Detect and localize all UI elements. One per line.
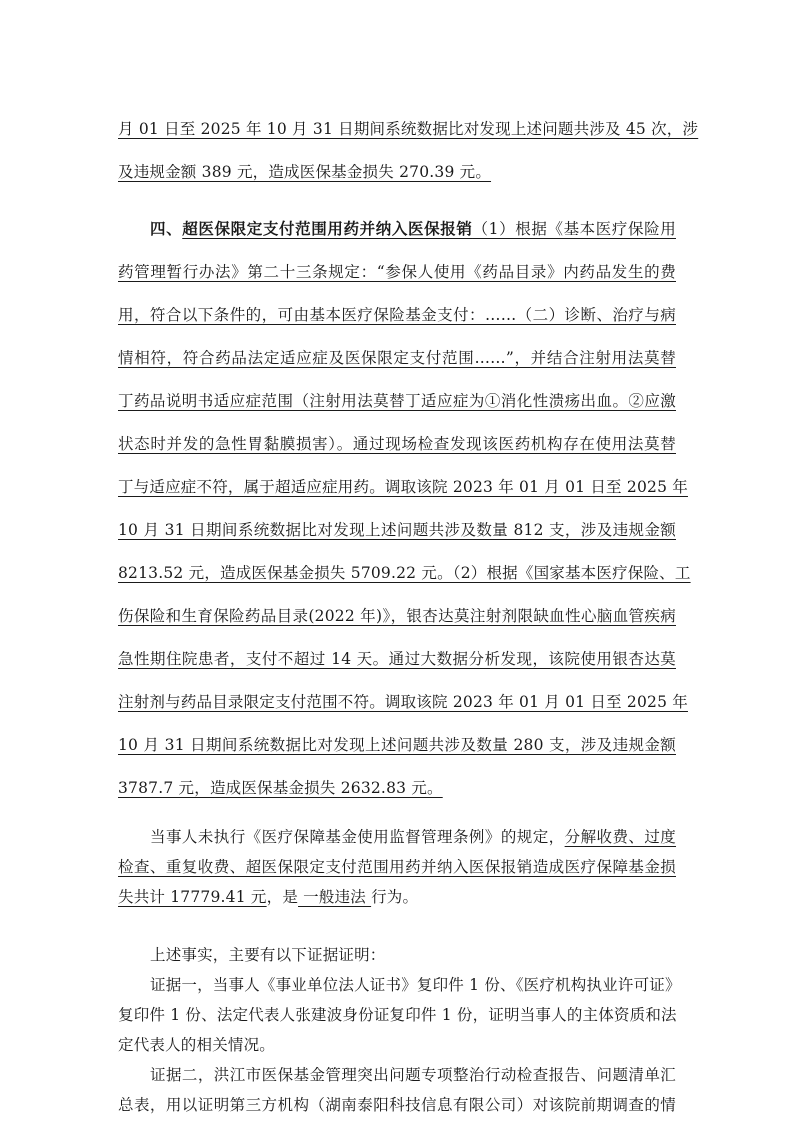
section4-line: 丁与适应症不符，属于超适应症用药。调取该院 2023 年 01 月 01 日至 …: [118, 476, 676, 498]
conclusion-text: 当事人未执行《医疗保障基金使用监督管理条例》的规定，: [150, 828, 565, 846]
section4-heading-number: 四、: [150, 219, 182, 238]
evidence-1-line-1: 证据一，当事人《事业单位法人证书》复印件 1 份、《医疗机构执业许可证》: [150, 974, 676, 996]
section4-line: 8213.52 元，造成医保基金损失 5709.22 元。（2）根据《国家基本医…: [118, 562, 676, 584]
conclusion-mid: ，是: [267, 888, 298, 906]
conclusion-line-3: 失共计 17779.41 元，是 一般违法 行为。: [118, 886, 676, 908]
section4-line: 状态时并发的急性胃黏膜损害）。通过现场检查发现该医药机构存在使用法莫替: [118, 433, 676, 455]
evidence-2-line-1: 证据二，洪江市医保基金管理突出问题专项整治行动检查报告、问题清单汇: [150, 1064, 676, 1086]
section4-line: 用，符合以下条件的，可由基本医疗保险基金支付：……（二）诊断、治疗与病: [118, 304, 676, 326]
conclusion-violations-start: 分解收费、过度: [565, 828, 676, 846]
violation-classification: 一般违法: [298, 888, 371, 906]
section4-line: 情相符，符合药品法定适应症及医保限定支付范围……”，并结合注射用法莫替: [118, 347, 676, 369]
total-loss-amount: 失共计 17779.41 元: [118, 888, 267, 906]
section4-heading-rest: （1）根据《基本医疗保险用: [472, 220, 676, 238]
section4-line: 丁药品说明书适应症范围（注射用法莫替丁适应症为①消化性溃疡出血。②应激: [118, 390, 676, 412]
section4-line: 药管理暂行办法》第二十三条规定：“参保人使用《药品目录》内药品发生的费: [118, 261, 676, 283]
section4-heading-title: 超医保限定支付范围用药并纳入医保报销: [182, 219, 472, 238]
section4-line: 急性期住院患者，支付不超过 14 天。通过大数据分析发现，该院使用银杏达莫: [118, 648, 676, 670]
conclusion-line-2: 检查、重复收费、超医保限定支付范围用药并纳入医保报销造成医疗保障基金损: [118, 856, 676, 878]
section4-line: 注射剂与药品目录限定支付范围不符。调取该院 2023 年 01 月 01 日至 …: [118, 691, 676, 713]
evidence-1-line-3: 定代表人的相关情况。: [118, 1034, 676, 1056]
section4-line: 10 月 31 日期间系统数据比对发现上述问题共涉及数量 812 支，涉及违规金…: [118, 519, 676, 541]
evidence-intro: 上述事实，主要有以下证据证明：: [150, 944, 676, 966]
evidence-2-line-2: 总表，用以证明第三方机构（湖南泰阳科技信息有限公司）对该院前期调查的情: [118, 1094, 676, 1116]
section3-line-1: 月 01 日至 2025 年 10 月 31 日期间系统数据比对发现上述问题共涉…: [118, 118, 676, 140]
conclusion-line-1: 当事人未执行《医疗保障基金使用监督管理条例》的规定，分解收费、过度: [150, 826, 676, 848]
section4-heading-line: 四、超医保限定支付范围用药并纳入医保报销（1）根据《基本医疗保险用: [150, 218, 676, 240]
evidence-1-line-2: 复印件 1 份、法定代表人张建波身份证复印件 1 份，证明当事人的主体资质和法: [118, 1004, 676, 1026]
section4-line: 伤保险和生育保险药品目录(2022 年)》，银杏达莫注射剂限缺血性心脑血管疾病: [118, 605, 676, 627]
section4-line-last: 3787.7 元，造成医保基金损失 2632.83 元。: [118, 777, 676, 799]
document-page: 月 01 日至 2025 年 10 月 31 日期间系统数据比对发现上述问题共涉…: [0, 0, 793, 1122]
conclusion-end: 行为。: [371, 888, 418, 906]
section3-line-2: 及违规金额 389 元，造成医保基金损失 270.39 元。: [118, 161, 676, 183]
section4-line: 10 月 31 日期间系统数据比对发现上述问题共涉及数量 280 支，涉及违规金…: [118, 734, 676, 756]
